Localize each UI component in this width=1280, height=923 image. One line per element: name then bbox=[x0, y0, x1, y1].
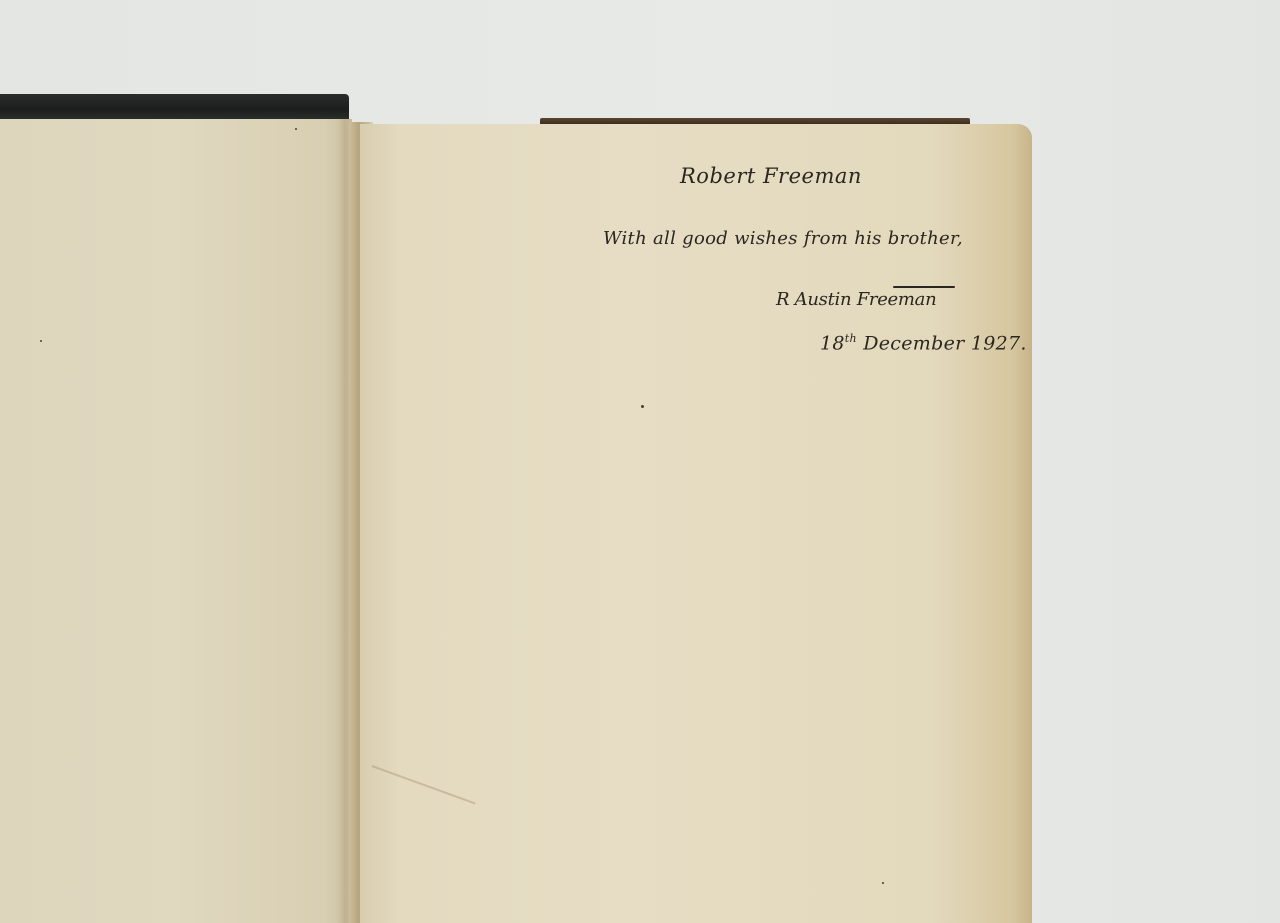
signature-flourish bbox=[893, 286, 955, 288]
paper-speck bbox=[882, 882, 884, 884]
inscription-message: With all good wishes from his brother, bbox=[603, 228, 963, 249]
inscription-signature: R Austin Freeman bbox=[776, 287, 936, 310]
book-cover-top-edge bbox=[0, 94, 349, 120]
front-pastedown-endpaper bbox=[0, 119, 352, 923]
paper-speck bbox=[641, 405, 644, 408]
date-day: 18 bbox=[820, 332, 845, 354]
paper-speck bbox=[295, 128, 297, 130]
inscription-recipient: Robert Freeman bbox=[680, 164, 862, 188]
date-month-year: December 1927. bbox=[857, 332, 1027, 354]
date-suffix: th bbox=[845, 332, 857, 345]
inscription-date: 18th December 1927. bbox=[820, 332, 1027, 354]
paper-speck bbox=[40, 340, 42, 342]
